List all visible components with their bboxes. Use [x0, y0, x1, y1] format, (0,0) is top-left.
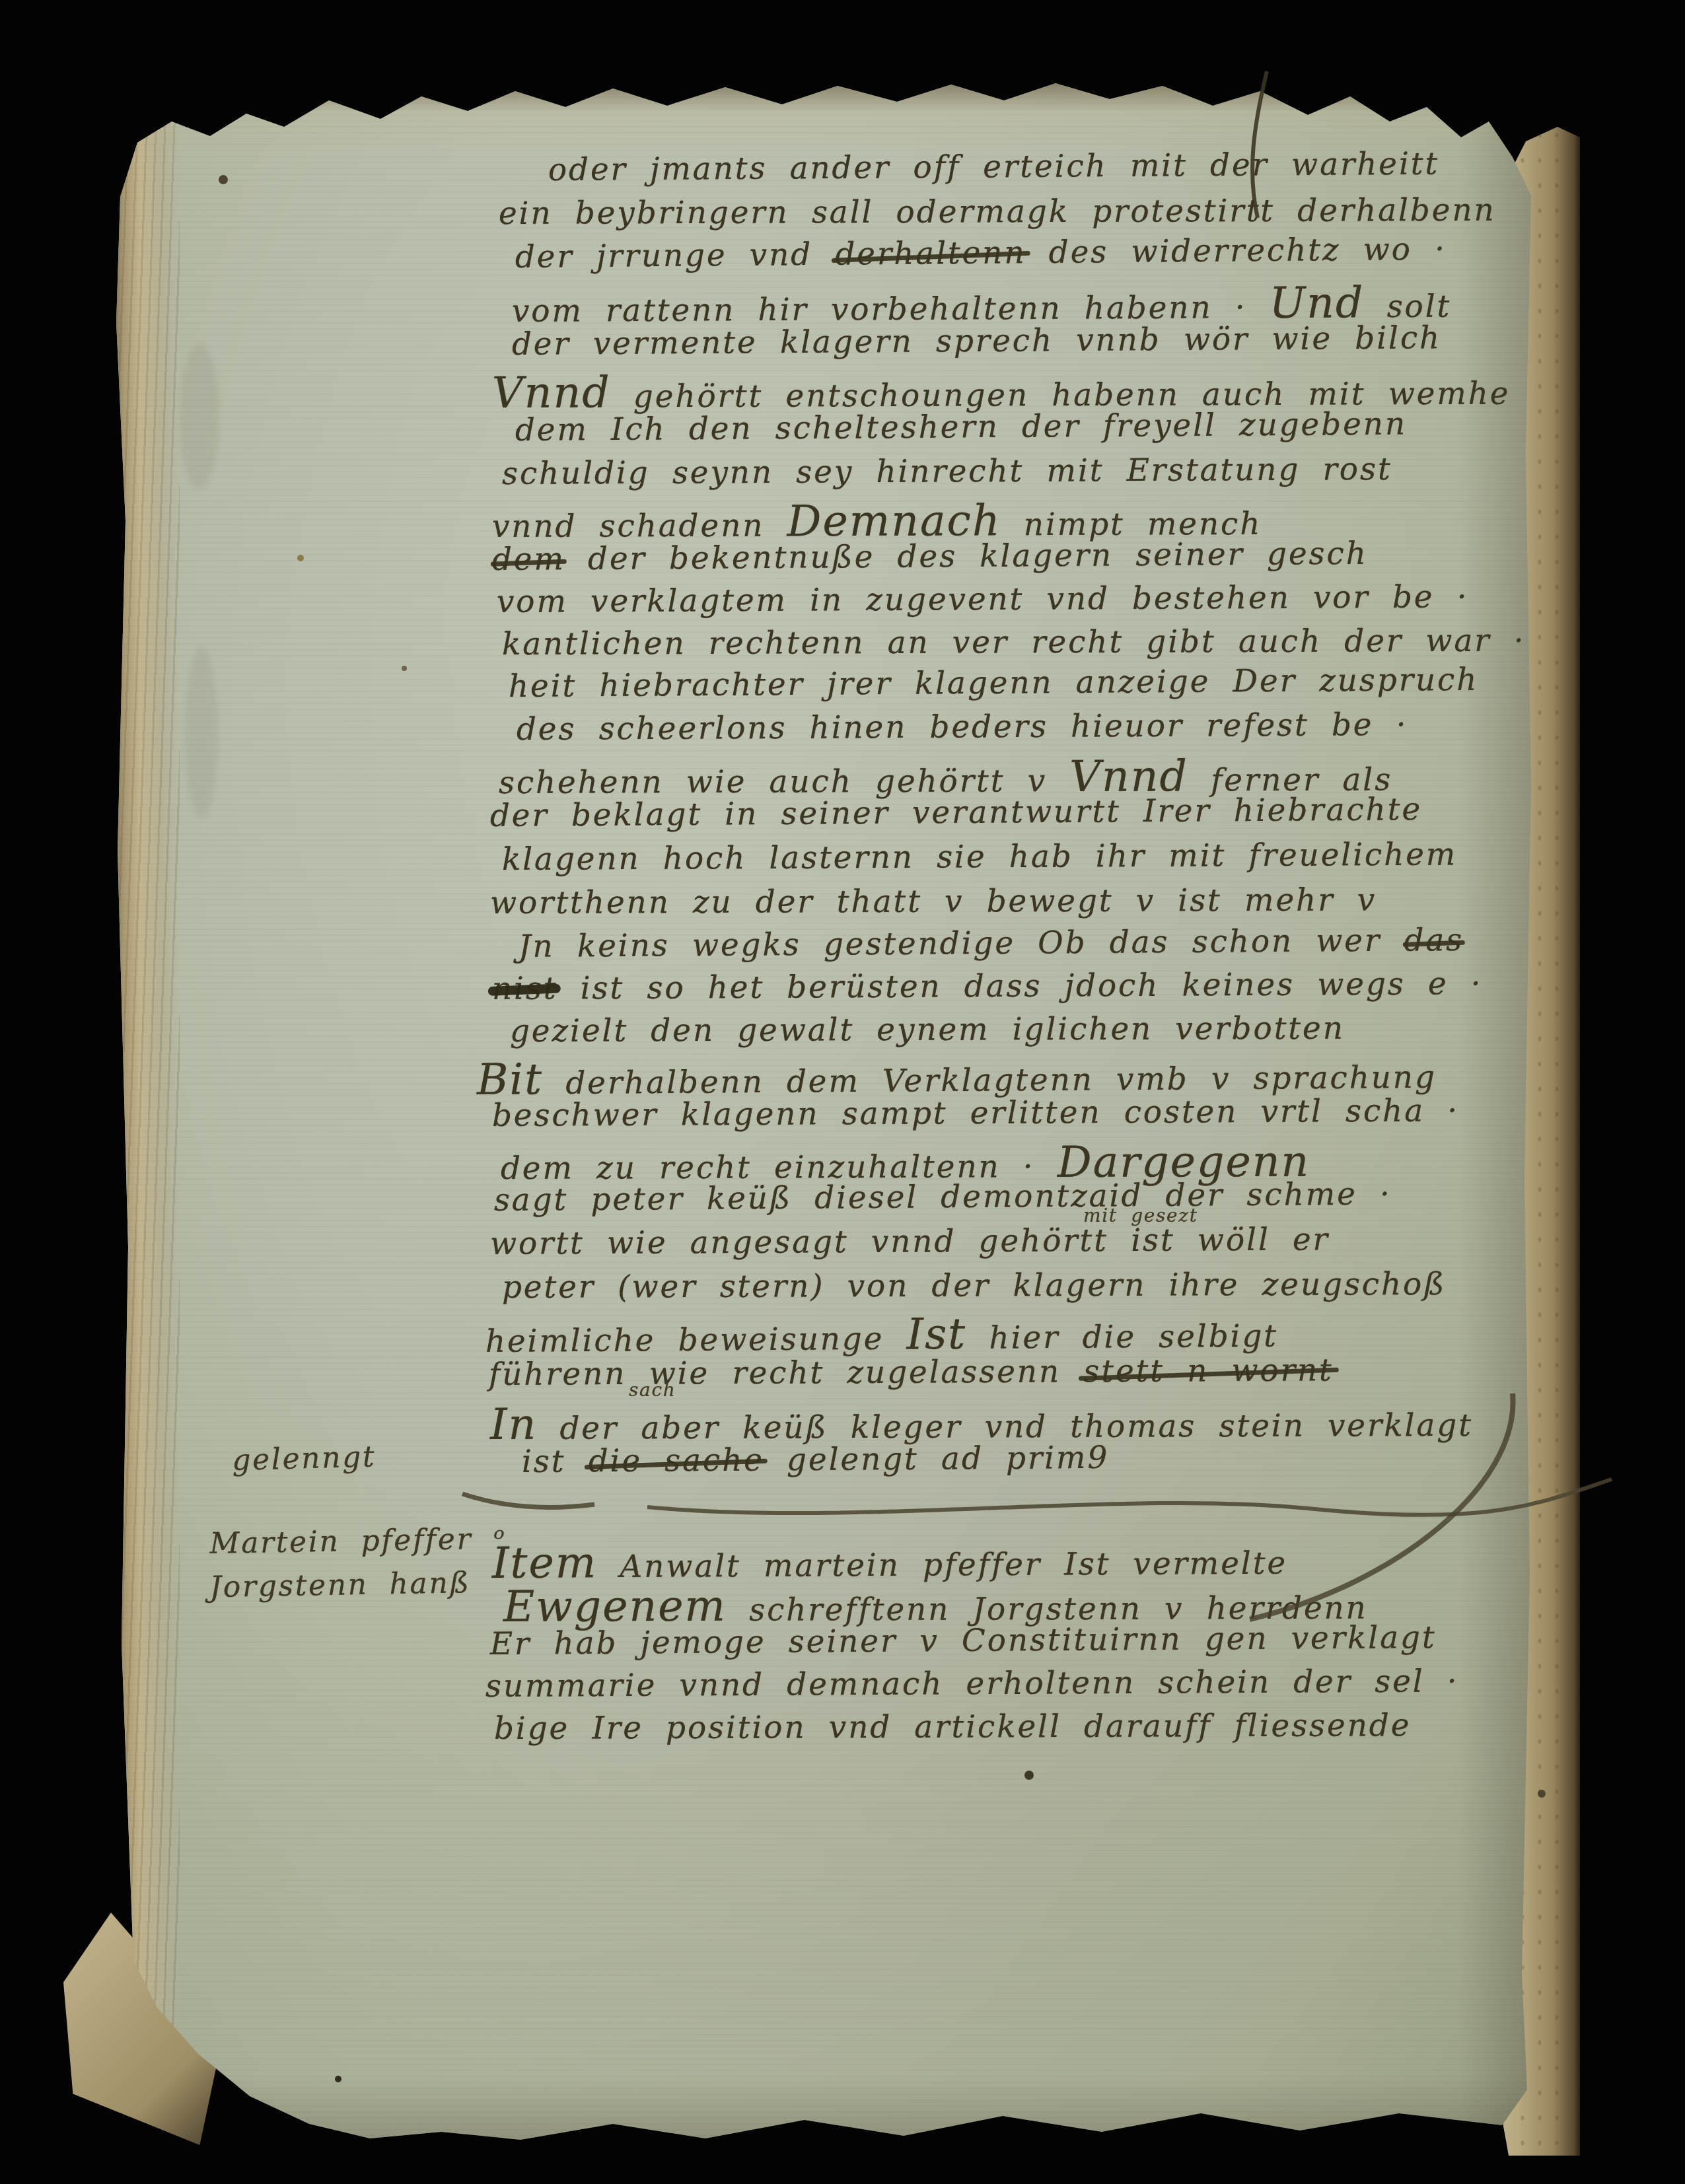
- scan-background: oder jmants ander off erteich mit der wa…: [0, 0, 1685, 2184]
- ink-bleedthrough: [180, 343, 219, 489]
- ink-bleedthrough: [185, 647, 218, 819]
- pen-flourish: [0, 0, 1685, 2184]
